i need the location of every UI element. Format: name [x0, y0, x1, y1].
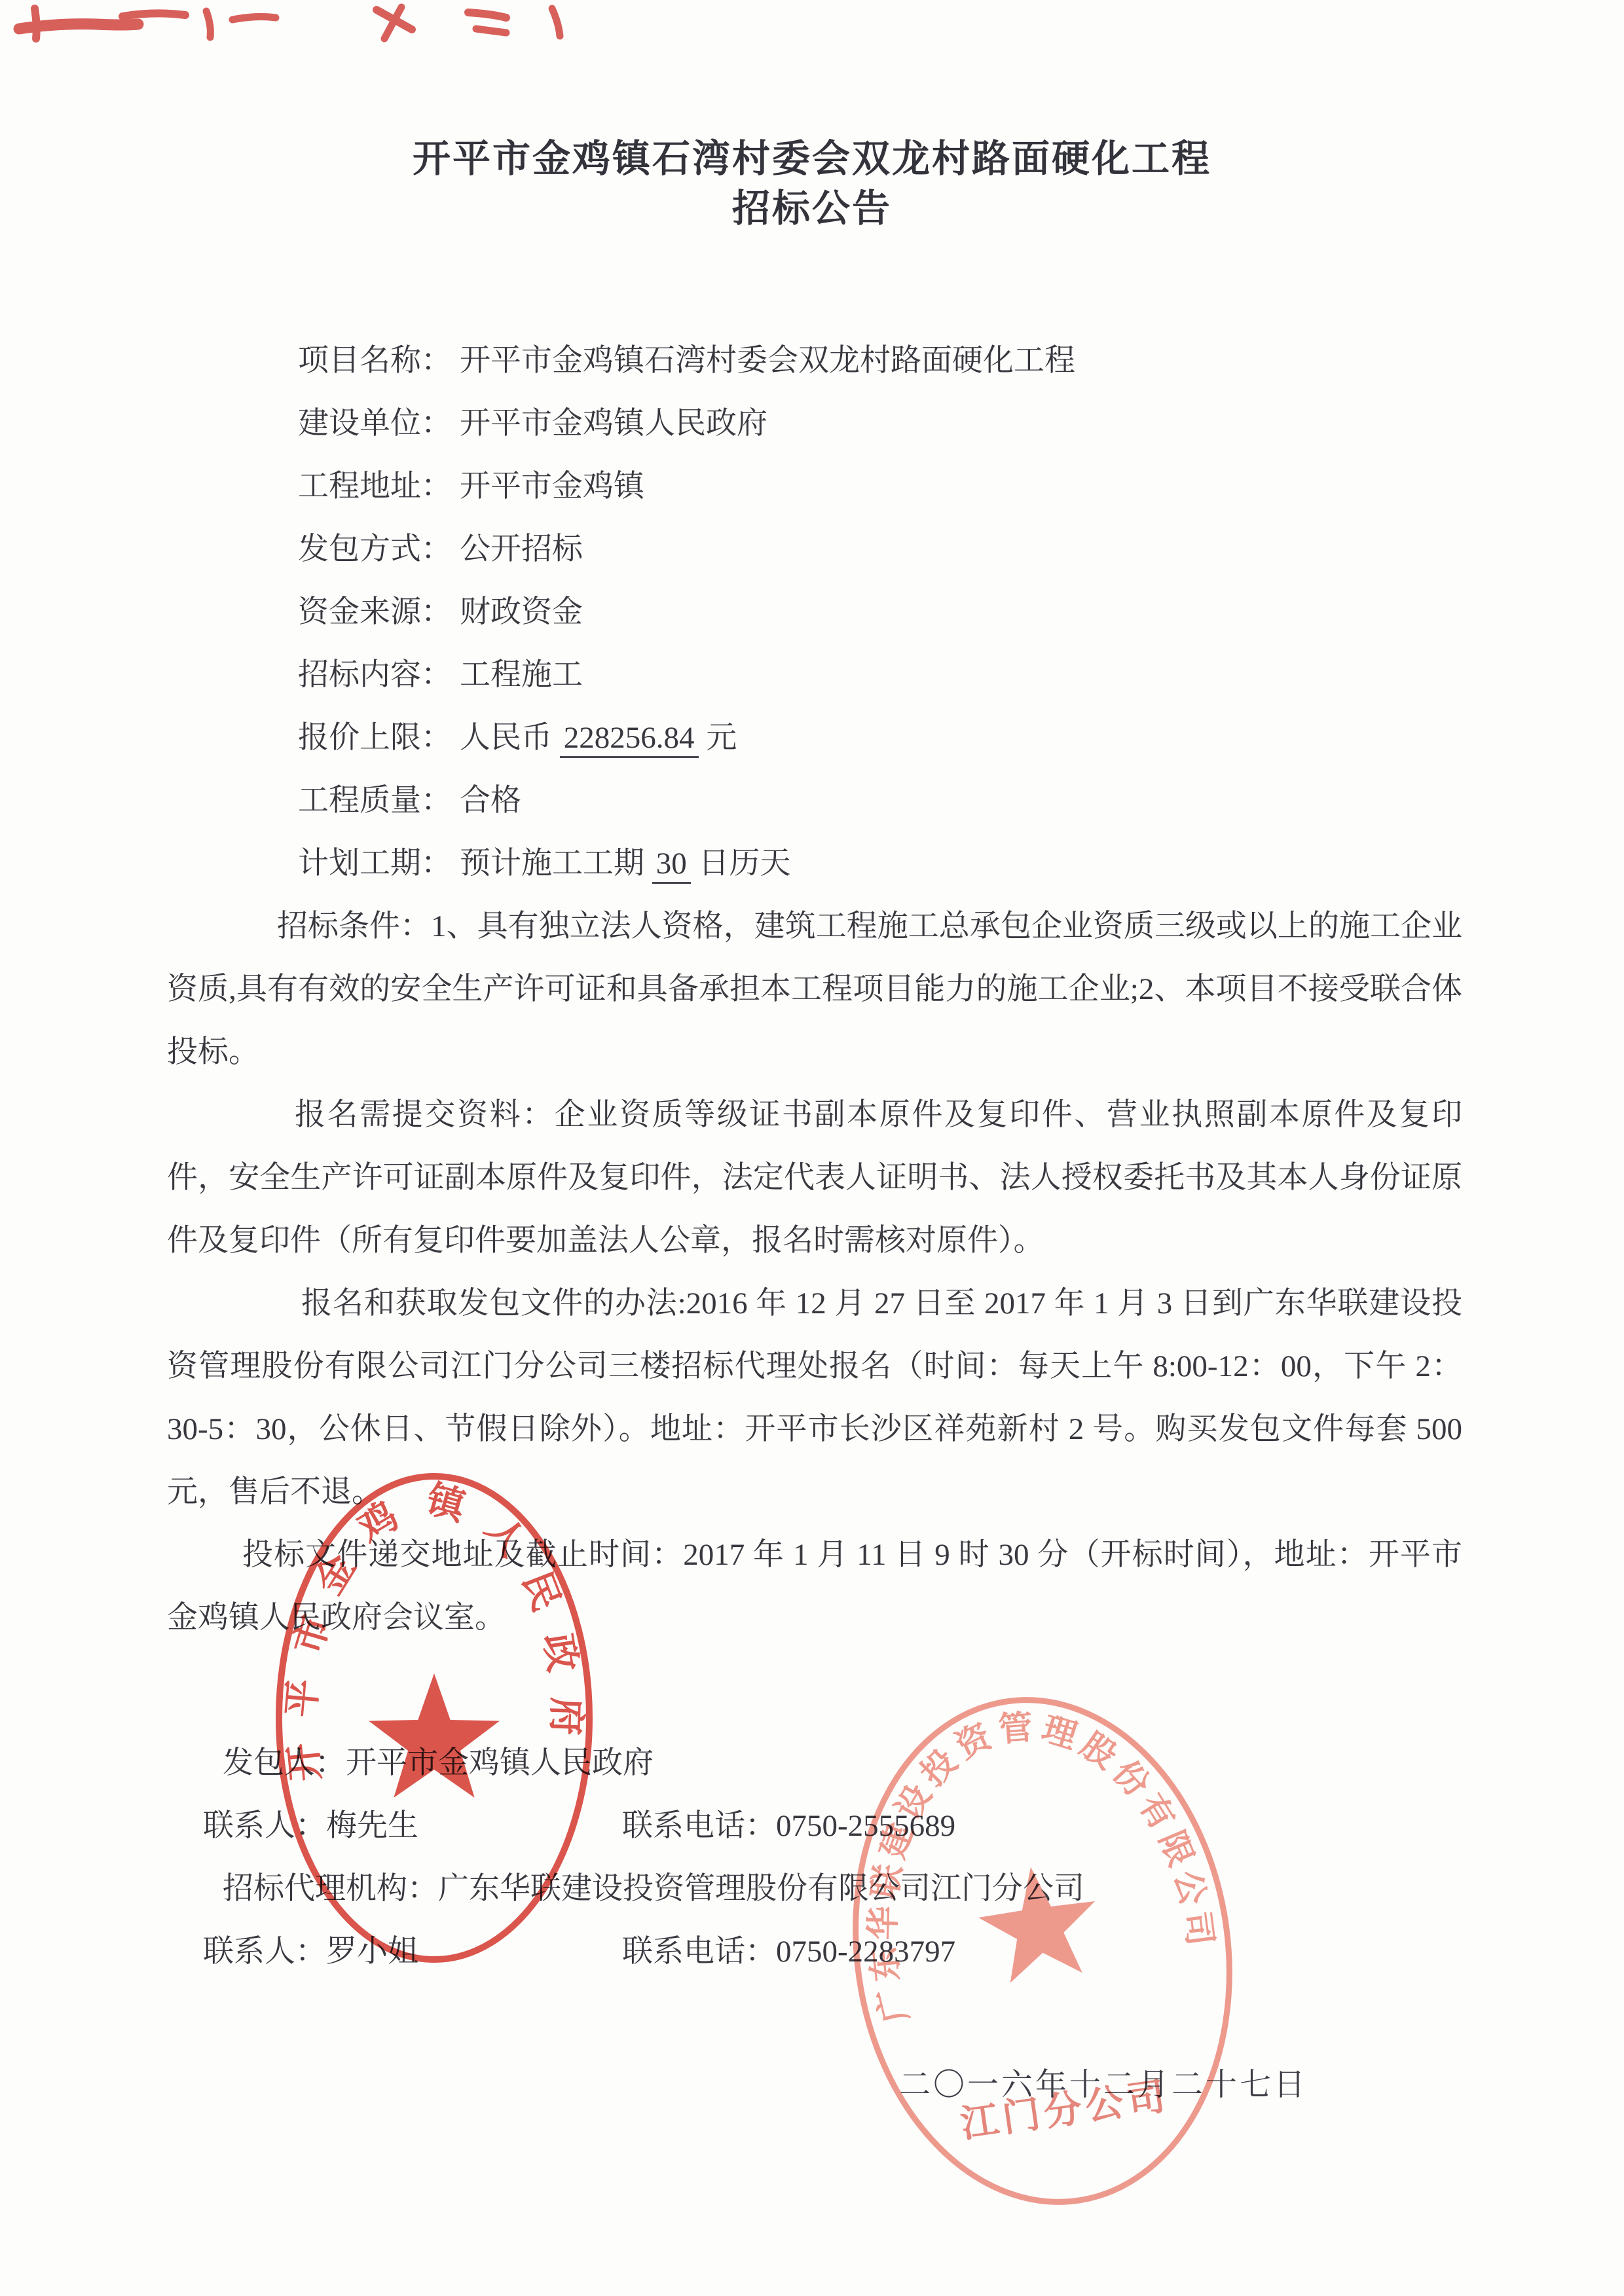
agency-row: 招标代理机构：广东华联建设投资管理股份有限公司江门分公司 — [167, 1857, 1462, 1920]
field-row-project-address: 工程地址：开平市金鸡镇 — [167, 455, 1462, 518]
contact-label: 联系人： — [203, 1935, 326, 1969]
scanned-tender-announcement-page: 开平市金鸡镇石湾村委会双龙村路面硬化工程 招标公告 项目名称：开平市金鸡镇石湾村… — [0, 0, 1624, 2296]
field-value: 工程施工 — [460, 658, 583, 692]
employer-row: 发包人：开平市金鸡镇人民政府 — [167, 1732, 1462, 1795]
field-value-suffix: 日历天 — [691, 847, 791, 881]
field-row-construction-unit: 建设单位：开平市金鸡镇人民政府 — [167, 392, 1462, 455]
field-row-project-quality: 工程质量：合格 — [167, 769, 1462, 832]
field-value: 开平市金鸡镇 — [460, 469, 644, 503]
paragraph-registration-method: 报名和获取发包文件的办法:2016 年 12 月 27 日至 2017 年 1 … — [167, 1272, 1462, 1523]
title-line-1: 开平市金鸡镇石湾村委会双龙村路面硬化工程 — [0, 134, 1624, 184]
field-label: 资金来源： — [298, 595, 452, 629]
field-row-tender-content: 招标内容：工程施工 — [167, 644, 1462, 706]
paragraph-required-documents: 报名需提交资料：企业资质等级证书副本原件及复印件、营业执照副本原件及复印件，安全… — [167, 1084, 1462, 1272]
contact-name: 梅先生 — [326, 1809, 418, 1843]
paragraph-tender-conditions: 招标条件：1、具有独立法人资格，建筑工程施工总承包企业资质三级或以上的施工企业资… — [167, 895, 1462, 1084]
field-value-prefix: 预计施工工期 — [460, 847, 652, 881]
field-row-funding-source: 资金来源：财政资金 — [167, 581, 1462, 644]
agency-label: 招标代理机构： — [223, 1872, 438, 1906]
field-row-price-ceiling: 报价上限：人民币 228256.84 元 — [167, 706, 1462, 769]
document-body: 项目名称：开平市金鸡镇石湾村委会双龙村路面硬化工程 建设单位：开平市金鸡镇人民政… — [167, 329, 1462, 1649]
date-line: 二〇一六年十二月二十七日 — [0, 2059, 1624, 2104]
field-label: 发包方式： — [298, 532, 452, 566]
contact-row-agency: 联系人：罗小姐联系电话：0750-2283797 — [167, 1920, 1462, 1983]
field-label: 建设单位： — [298, 407, 452, 441]
field-value: 公开招标 — [460, 532, 583, 566]
field-label: 报价上限： — [298, 721, 452, 755]
contact-name: 罗小姐 — [326, 1935, 418, 1969]
field-label: 工程质量： — [298, 784, 452, 818]
contact-label: 联系人： — [203, 1809, 326, 1843]
employer-value: 开平市金鸡镇人民政府 — [346, 1746, 654, 1780]
field-value-prefix: 人民币 — [460, 721, 560, 755]
field-label: 项目名称： — [298, 344, 452, 378]
field-value: 财政资金 — [460, 595, 583, 629]
paragraph-submission-deadline: 投标文件递交地址及截止时间：2017 年 1 月 11 日 9 时 30 分（开… — [167, 1523, 1462, 1649]
field-value: 合格 — [460, 784, 521, 818]
document-title: 开平市金鸡镇石湾村委会双龙村路面硬化工程 招标公告 — [0, 134, 1624, 234]
phone-number: 0750-2555689 — [776, 1809, 955, 1843]
field-value-suffix: 元 — [699, 721, 737, 755]
field-label: 计划工期： — [298, 847, 452, 881]
field-label: 工程地址： — [298, 469, 452, 503]
field-value-underlined: 228256.84 — [560, 721, 699, 758]
field-label: 招标内容： — [298, 658, 452, 692]
employer-label: 发包人： — [223, 1746, 346, 1780]
phone-label: 联系电话： — [622, 1935, 776, 1969]
field-value: 开平市金鸡镇石湾村委会双龙村路面硬化工程 — [460, 344, 1075, 378]
footer-contacts: 发包人：开平市金鸡镇人民政府 联系人：梅先生联系电话：0750-2555689 … — [167, 1732, 1462, 1983]
field-row-planned-duration: 计划工期：预计施工工期 30 日历天 — [167, 832, 1462, 895]
field-row-project-name: 项目名称：开平市金鸡镇石湾村委会双龙村路面硬化工程 — [167, 329, 1462, 392]
field-row-contracting-method: 发包方式：公开招标 — [167, 518, 1462, 581]
contact-row-employer: 联系人：梅先生联系电话：0750-2555689 — [167, 1795, 1462, 1857]
agency-value: 广东华联建设投资管理股份有限公司江门分公司 — [438, 1872, 1084, 1906]
phone-number: 0750-2283797 — [776, 1935, 955, 1969]
title-line-2: 招标公告 — [0, 184, 1624, 234]
field-value: 开平市金鸡镇人民政府 — [460, 407, 767, 441]
phone-label: 联系电话： — [622, 1809, 776, 1843]
field-value-underlined: 30 — [652, 847, 691, 884]
red-ink-marks — [10, 0, 599, 46]
